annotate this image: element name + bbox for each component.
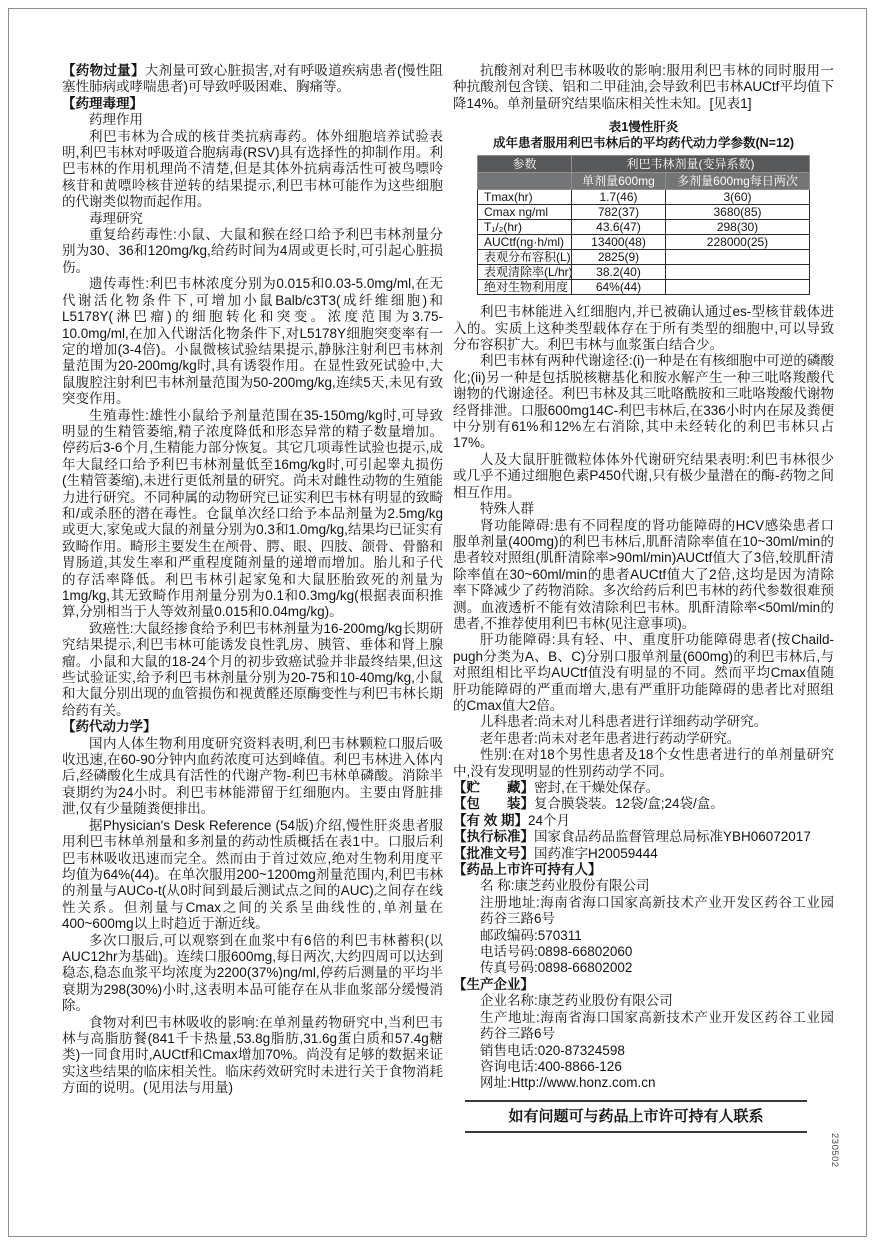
table-subheader-row: 单剂量600mg 多剂量600mg每日两次 (478, 173, 810, 190)
table-cell: 13400(48) (572, 235, 666, 250)
field-value: 国药准字H20059444 (534, 846, 658, 861)
paragraph: 重复给药毒性:小鼠、大鼠和猴在经口给予利巴韦林剂量分别为30、36和120mg/… (62, 227, 443, 276)
website: 网址:Http://www.honz.com.cn (480, 1075, 834, 1091)
table-cell (666, 265, 810, 280)
table-cell: 3680(85) (666, 205, 810, 220)
header-multi-dose: 多剂量600mg每日两次 (666, 173, 810, 190)
table-row: AUCtf(ng·h/ml) 13400(48) 228000(25) (478, 235, 810, 250)
table-cell (666, 250, 810, 265)
holder-registered-address: 注册地址:海南省海口国家高新技术产业开发区药谷工业园药谷三路6号 (480, 895, 834, 928)
table-row: T₁/₂(hr) 43.6(47) 298(30) (478, 220, 810, 235)
batch-code: 230502 (829, 1133, 840, 1168)
paragraph-overdose: 【药物过量】大剂量可致心脏损害,对有呼吸道疾病患者(慢性阻塞性肺病或哮喘患者)可… (62, 63, 443, 96)
subheading-toxicology-research: 毒理研究 (62, 211, 443, 227)
paragraph: 致癌性:大鼠经掺食给予利巴韦林剂量为16-200mg/kg长期研究结果提示,利巴… (62, 621, 443, 719)
field-value: 密封,在干燥处保存。 (534, 780, 659, 795)
paragraph: 性别:在对18个男性患者及18个女性患者进行的单剂量研究中,没有发现明显的性别药… (453, 747, 834, 780)
table-cell: 绝对生物利用度 (478, 280, 572, 295)
paragraph: 儿科患者:尚未对儿科患者进行详细药动学研究。 (453, 714, 834, 730)
paragraph: 国内人体生物利用度研究资料表明,利巴韦林颗粒口服后吸收迅速,在60-90分钟内血… (62, 736, 443, 818)
paragraph: 生殖毒性:雄性小鼠给予剂量范围在35-150mg/kg时,可导致明显的生精管萎缩… (62, 408, 443, 621)
field-shelf-life: 【有 效 期】24个月 (453, 813, 834, 829)
holder-fax: 传真号码:0898-66802002 (480, 960, 834, 976)
field-label: 【有 效 期】 (453, 813, 528, 828)
section-heading-manufacturer: 【生产企业】 (453, 977, 834, 993)
field-label: 【贮 藏】 (453, 780, 534, 795)
field-packaging: 【包 装】复合膜袋装。12袋/盒;24袋/盒。 (453, 796, 834, 812)
paragraph: 利巴韦林能进入红细胞内,并已被确认通过es-型核苷载体进入的。实质上这种类型载体… (453, 304, 834, 353)
header-empty (478, 173, 572, 190)
table-cell: Tmax(hr) (478, 190, 572, 205)
paragraph: 利巴韦林有两种代谢途径:(i)一种是在有核细胞中可逆的磷酸化;(ii)另一种是包… (453, 353, 834, 451)
manufacturer-name: 企业名称:康芝药业股份有限公司 (480, 993, 834, 1009)
table-cell: Cmax ng/ml (478, 205, 572, 220)
field-approval-number: 【批准文号】国药准字H20059444 (453, 846, 834, 862)
paragraph: 食物对利巴韦林吸收的影响:在单剂量药物研究中,当利巴韦林与高脂肪餐(841千卡热… (62, 1015, 443, 1097)
table-header-row: 参数 利巴韦林剂量(变异系数) (478, 156, 810, 173)
table-cell: 64%(44) (572, 280, 666, 295)
paragraph: 利巴韦林为合成的核苷类抗病毒药。体外细胞培养试验表明,利巴韦林对呼吸道合胞病毒(… (62, 129, 443, 211)
table-cell: AUCtf(ng·h/ml) (478, 235, 572, 250)
pk-table-section: 表1慢性肝炎 成年患者服用利巴韦林后的平均药代动力学参数(N=12) 参数 利巴… (453, 119, 834, 295)
table-cell: T₁/₂(hr) (478, 220, 572, 235)
table-row: 绝对生物利用度 64%(44) (478, 280, 810, 295)
paragraph: 肝功能障碍:具有轻、中、重度肝功能障碍患者(按Chaild-pugh分类为A、B… (453, 632, 834, 714)
table-row: 表观分布容积(L) 2825(9) (478, 250, 810, 265)
section-heading-license-holder: 【药品上市许可持有人】 (453, 862, 834, 878)
header-single-dose: 单剂量600mg (572, 173, 666, 190)
paragraph: 据Physician's Desk Reference (54版)介绍,慢性肝炎… (62, 818, 443, 933)
field-value: 国家食品药品监督管理总局标准YBH06072017 (534, 829, 811, 844)
table-cell: 表观分布容积(L) (478, 250, 572, 265)
holder-phone: 电话号码:0898-66802060 (480, 944, 834, 960)
paragraph: 老年患者:尚未对老年患者进行药动学研究。 (453, 731, 834, 747)
field-storage: 【贮 藏】密封,在干燥处保存。 (453, 780, 834, 796)
consult-phone: 咨询电话:400-8866-126 (480, 1059, 834, 1075)
table-row: Cmax ng/ml 782(37) 3680(85) (478, 205, 810, 220)
holder-postal-code: 邮政编码:570311 (480, 928, 834, 944)
right-column: 抗酸剂对利巴韦林吸收的影响:服用利巴韦林的同时服用一种抗酸剂包含镁、铝和二甲硅油… (453, 63, 834, 1133)
table-cell: 表观清除率(L/hr) (478, 265, 572, 280)
field-label: 【执行标准】 (453, 829, 534, 844)
section-heading-pharmacokinetics: 【药代动力学】 (62, 719, 443, 735)
table-cell: 43.6(47) (572, 220, 666, 235)
table-cell: 2825(9) (572, 250, 666, 265)
table-cell: 228000(25) (666, 235, 810, 250)
field-value: 24个月 (528, 813, 570, 828)
paragraph: 人及大鼠肝脏微粒体体外代谢研究结果表明:利巴韦林很少或几乎不通过细胞色素P450… (453, 452, 834, 501)
table-cell: 782(37) (572, 205, 666, 220)
pk-table: 参数 利巴韦林剂量(变异系数) 单剂量600mg 多剂量600mg每日两次 Tm… (477, 155, 810, 295)
field-label: 【包 装】 (453, 796, 534, 811)
paragraph-antacid: 抗酸剂对利巴韦林吸收的影响:服用利巴韦林的同时服用一种抗酸剂包含镁、铝和二甲硅油… (453, 63, 834, 112)
field-value: 复合膜袋装。12袋/盒;24袋/盒。 (534, 796, 724, 811)
field-standard: 【执行标准】国家食品药品监督管理总局标准YBH06072017 (453, 829, 834, 845)
paragraph: 肾功能障碍:患有不同程度的肾功能障碍的HCV感染患者口服单剂量(400mg)的利… (453, 518, 834, 633)
field-label: 【批准文号】 (453, 846, 534, 861)
table-cell: 298(30) (666, 220, 810, 235)
holder-name: 名 称:康芝药业股份有限公司 (480, 878, 834, 894)
table-row: 表观清除率(L/hr) 38.2(40) (478, 265, 810, 280)
subheading-special-populations: 特殊人群 (453, 501, 834, 517)
manufacturer-address: 生产地址:海南省海口国家高新技术产业开发区药谷工业园药谷三路6号 (480, 1010, 834, 1043)
section-heading-pharmacology-toxicology: 【药理毒理】 (62, 96, 443, 112)
table-cell: 38.2(40) (572, 265, 666, 280)
left-column: 【药物过量】大剂量可致心脏损害,对有呼吸道疾病患者(慢性阻塞性肺病或哮喘患者)可… (62, 63, 443, 1097)
section-label: 【药物过量】 (62, 63, 145, 78)
table-title-line1: 表1慢性肝炎 (453, 119, 834, 135)
table-cell (666, 280, 810, 295)
table-row: Tmax(hr) 1.7(46) 3(60) (478, 190, 810, 205)
table-title-line2: 成年患者服用利巴韦林后的平均药代动力学参数(N=12) (453, 135, 834, 151)
header-dose-group: 利巴韦林剂量(变异系数) (572, 156, 810, 173)
table-cell: 3(60) (666, 190, 810, 205)
sales-phone: 销售电话:020-87324598 (480, 1043, 834, 1059)
subheading-pharmacologic-action: 药理作用 (62, 112, 443, 128)
paragraph: 多次口服后,可以观察到在血浆中有6倍的利巴韦林蓄积(以AUC12hr为基础)。连… (62, 933, 443, 1015)
table-cell: 1.7(46) (572, 190, 666, 205)
contact-banner: 如有问题可与药品上市许可持有人联系 (465, 1100, 807, 1133)
paragraph: 遗传毒性:利巴韦林浓度分别为0.015和0.03-5.0mg/ml,在无代谢活化… (62, 276, 443, 407)
header-param: 参数 (478, 156, 572, 173)
